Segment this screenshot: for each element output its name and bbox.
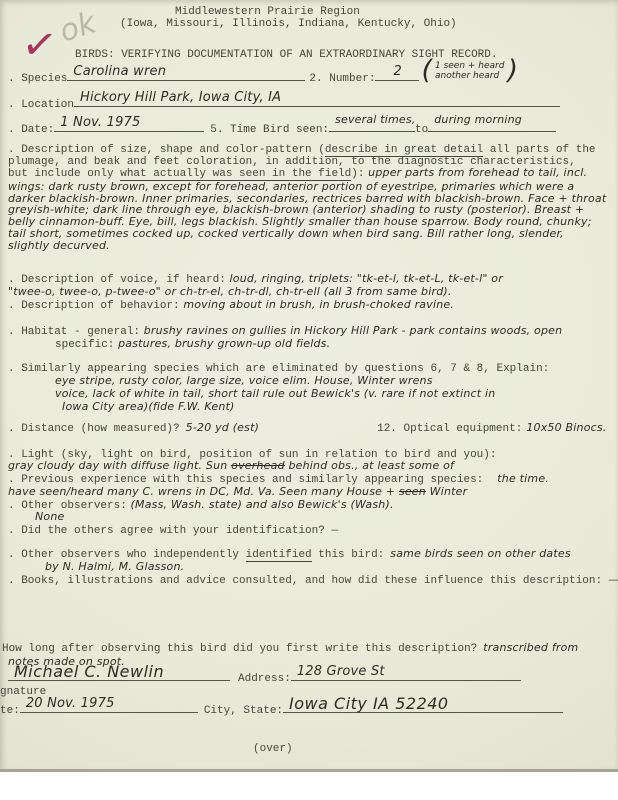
date-city-row: te:20 Nov. 1975City, State:Iowa City IA … bbox=[0, 698, 563, 712]
number-annotation-line: 1 seen + heard bbox=[435, 61, 505, 71]
handwritten-text: slightly decurved. bbox=[8, 239, 110, 252]
light-hand: gray cloudy day with diffuse light. Sun … bbox=[8, 458, 454, 472]
handwritten-text: (Mass, Wash. state) and also Bewick's (W… bbox=[127, 498, 394, 511]
handwritten-text: Iowa City area)(fide F.W. Kent) bbox=[62, 400, 235, 413]
number-value: 2 bbox=[375, 66, 419, 81]
time-value-1: several times, bbox=[329, 117, 415, 132]
typed-text: . Distance (how measured)? bbox=[8, 423, 180, 435]
typed-text: this bird: bbox=[312, 549, 385, 561]
typed-text: . Location bbox=[8, 99, 74, 111]
time-value-2-text: during morning bbox=[434, 113, 522, 127]
number-annotation-line: another heard bbox=[435, 71, 505, 81]
red-checkmark-annotation: ✓ bbox=[19, 18, 61, 71]
sign-date-value: 20 Nov. 1975 bbox=[20, 698, 198, 713]
species-value-text: Carolina wren bbox=[73, 65, 166, 79]
field-habitat-specific: specific: pastures, brushy grown-up old … bbox=[55, 336, 330, 350]
typed-text: . Other observers: bbox=[8, 500, 127, 512]
address-value: 128 Grove St bbox=[291, 666, 521, 681]
field-habitat: . Habitat - general: brushy ravines on g… bbox=[8, 323, 562, 337]
address-value-text: 128 Grove St bbox=[297, 665, 385, 679]
handwritten-text: transcribed from bbox=[483, 641, 578, 654]
other-observers-hand: None bbox=[35, 509, 65, 523]
similar-hand-3: Iowa City area)(fide F.W. Kent) bbox=[62, 399, 235, 413]
footer-over: (over) bbox=[253, 740, 293, 754]
date-value-text: 1 Nov. 1975 bbox=[60, 116, 140, 130]
field-voice-2: "twee-o, twee-o, p-twee-o" or ch-tr-el, … bbox=[8, 284, 452, 298]
handwritten-text: moving about in brush, in brush-choked r… bbox=[180, 298, 454, 311]
signature-value: Michael C. Newlin bbox=[8, 666, 230, 681]
field-location: . LocationHickory Hill Park, Iowa City, … bbox=[8, 92, 560, 106]
typed-text: . Date: bbox=[8, 124, 54, 136]
description-hand-6: slightly decurved. bbox=[8, 238, 110, 252]
typed-text: . Books, illustrations and advice consul… bbox=[8, 575, 618, 587]
signature-value-text: Michael C. Newlin bbox=[14, 665, 164, 679]
typed-text: specific: bbox=[55, 339, 114, 351]
similar-hand-2: voice, lack of white in tail, short tail… bbox=[55, 386, 495, 400]
city-state-value-text: Iowa City IA 52240 bbox=[289, 697, 449, 711]
number-annotation: (1 seen + heardanother heard) bbox=[421, 57, 518, 84]
description-prompt-3: but include only what actually was seen … bbox=[8, 165, 587, 179]
field-date-time: . Date:1 Nov. 19755. Time Bird seen:seve… bbox=[8, 117, 556, 131]
city-state-value: Iowa City IA 52240 bbox=[283, 698, 563, 713]
field-agreement: . Did the others agree with your identif… bbox=[8, 522, 338, 536]
field-species: . SpeciesCarolina wren2. Number:2(1 seen… bbox=[8, 66, 518, 80]
handwritten-text: 5-20 yd (est) bbox=[186, 421, 259, 434]
typed-text: City, State: bbox=[204, 705, 283, 717]
typed-text: . Description of behavior: bbox=[8, 300, 180, 312]
handwritten-text: pastures, brushy grown-up old fields. bbox=[114, 337, 330, 350]
field-similar-species: . Similarly appearing species which are … bbox=[8, 360, 549, 374]
previous-experience-hand: have seen/heard many C. wrens in DC, Md.… bbox=[8, 484, 467, 498]
header-states: (Iowa, Missouri, Illinois, Indiana, Kent… bbox=[120, 15, 457, 29]
sign-date-value-text: 20 Nov. 1975 bbox=[26, 697, 115, 711]
independent-observers-hand: by N. Halmi, M. Glasson. bbox=[45, 559, 184, 573]
typed-text: te: bbox=[0, 705, 20, 717]
typed-text: 5. Time Bird seen: bbox=[210, 124, 329, 136]
time-value-1-text: several times, bbox=[335, 113, 415, 127]
signature-label: gnature bbox=[0, 683, 46, 697]
typed-text: . Did the others agree with your identif… bbox=[8, 525, 338, 537]
number-value-text: 2 bbox=[393, 65, 401, 79]
date-value: 1 Nov. 1975 bbox=[54, 117, 204, 132]
typed-text: (Iowa, Missouri, Illinois, Indiana, Kent… bbox=[120, 18, 457, 30]
handwritten-text: the time. bbox=[497, 472, 549, 485]
handwritten-text: 10x50 Binocs. bbox=[526, 421, 606, 434]
handwritten-text: Winter bbox=[426, 485, 467, 498]
field-previous-experience: . Previous experience with this species … bbox=[8, 471, 549, 485]
similar-hand-1: eye stripe, rusty color, large size, voi… bbox=[55, 373, 433, 387]
species-value: Carolina wren bbox=[67, 66, 305, 81]
field-distance-optical: . Distance (how measured)?5-20 yd (est)1… bbox=[8, 420, 607, 434]
typed-text: . Species bbox=[8, 73, 67, 85]
field-voice: . Description of voice, if heard: loud, … bbox=[8, 271, 503, 285]
typed-text: (over) bbox=[253, 743, 293, 755]
handwritten-text: upper parts from forehead to tail, incl. bbox=[364, 166, 587, 179]
field-independent-observers: . Other observers who independently iden… bbox=[8, 546, 571, 560]
signature-row: Michael C. NewlinAddress:128 Grove St bbox=[8, 666, 521, 680]
time-value-2: during morning bbox=[428, 117, 556, 132]
typed-text: 12. Optical equipment: bbox=[377, 423, 522, 435]
location-value: Hickory Hill Park, Iowa City, IA bbox=[74, 92, 560, 107]
field-books: . Books, illustrations and advice consul… bbox=[8, 572, 618, 586]
field-howlong: How long after observing this bird did y… bbox=[2, 640, 578, 654]
typed-text: Address: bbox=[238, 673, 291, 685]
typed-text: to bbox=[415, 124, 428, 136]
typed-underlined-text: identified bbox=[246, 549, 312, 562]
handwritten-text: same birds seen on other dates bbox=[390, 547, 571, 560]
location-value-text: Hickory Hill Park, Iowa City, IA bbox=[80, 91, 281, 105]
pencil-note-annotation: ok bbox=[55, 5, 100, 49]
typed-text: 2. Number: bbox=[309, 73, 375, 85]
field-other-observers: . Other observers: (Mass, Wash. state) a… bbox=[8, 497, 394, 511]
scanned-form-page: ✓ ok Middlewestern Prairie Region(Iowa, … bbox=[0, 0, 618, 772]
handwritten-strikethrough: seen bbox=[399, 485, 426, 498]
field-behavior: . Description of behavior: moving about … bbox=[8, 297, 454, 311]
